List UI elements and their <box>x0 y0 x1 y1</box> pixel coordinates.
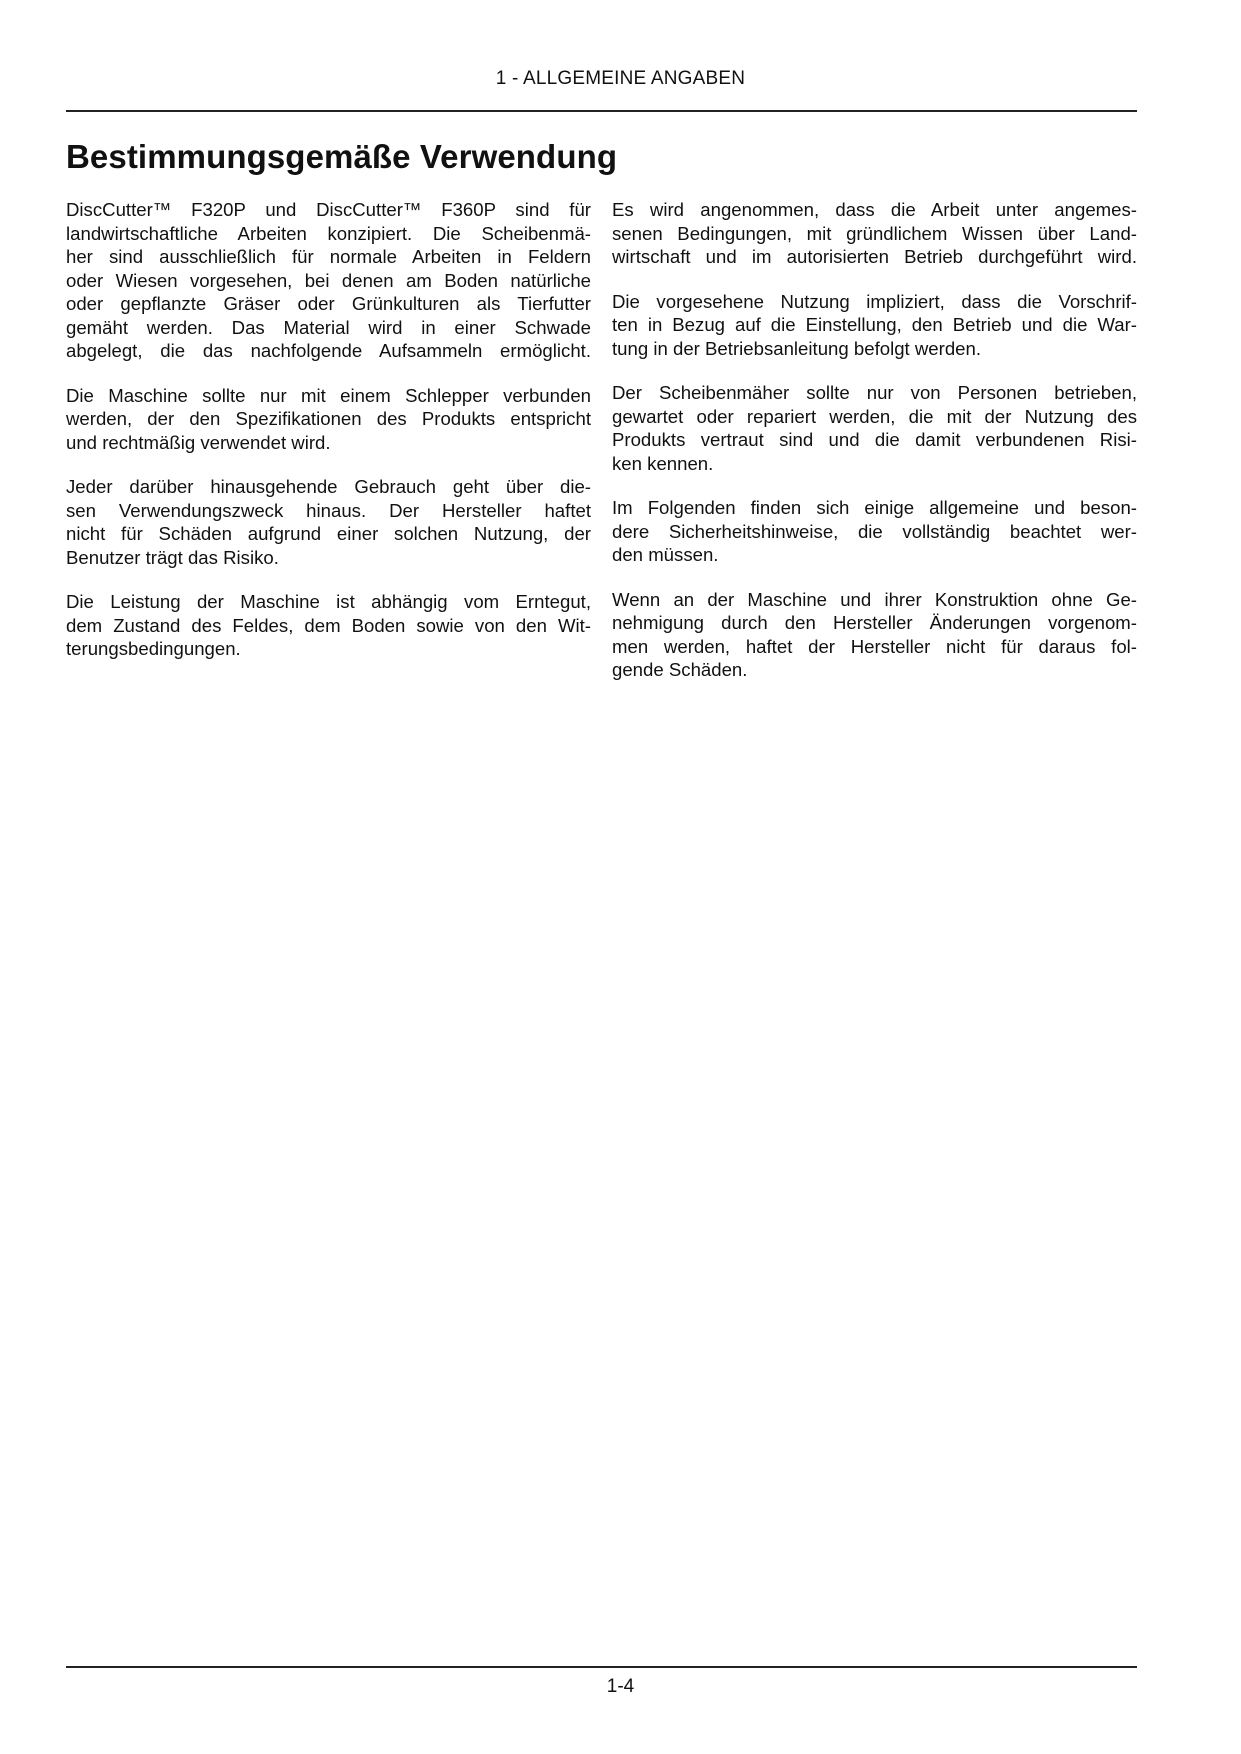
text-line: tung in der Betriebsanleitung befolgt we… <box>612 337 1137 361</box>
text-line: dere Sicherheitshinweise, die vollständi… <box>612 520 1137 544</box>
text-line: oder gepflanzte Gräser oder Grünkulturen… <box>66 292 591 316</box>
text-line: gewartet oder repariert werden, die mit … <box>612 405 1137 429</box>
text-line: Der Scheibenmäher sollte nur von Persone… <box>612 381 1137 405</box>
text-line: und rechtmäßig verwendet wird. <box>66 431 591 455</box>
text-line: den müssen. <box>612 543 1137 567</box>
paragraph: Die Leistung der Maschine ist abhängig v… <box>66 590 591 661</box>
right-column: Es wird angenommen, dass die Arbeit unte… <box>612 198 1137 703</box>
paragraph: Jeder darüber hinausgehende Gebrauch geh… <box>66 475 591 569</box>
text-line: Benutzer trägt das Risiko. <box>66 546 591 570</box>
text-line: Die vorgesehene Nutzung impliziert, dass… <box>612 290 1137 314</box>
page-title: Bestimmungsgemäße Verwendung <box>66 138 617 176</box>
text-line: oder Wiesen vorgesehen, bei denen am Bod… <box>66 269 591 293</box>
text-line: her sind ausschließlich für normale Arbe… <box>66 245 591 269</box>
text-line: dem Zustand des Feldes, dem Boden sowie … <box>66 614 591 638</box>
paragraph: Der Scheibenmäher sollte nur von Persone… <box>612 381 1137 475</box>
text-line: Im Folgenden finden sich einige allgemei… <box>612 496 1137 520</box>
text-line: sen Verwendungszweck hinaus. Der Herstel… <box>66 499 591 523</box>
text-line: gende Schäden. <box>612 658 1137 682</box>
paragraph: DiscCutter™ F320P und DiscCutter™ F360P … <box>66 198 591 363</box>
footer-divider <box>66 1666 1137 1668</box>
text-line: ten in Bezug auf die Einstellung, den Be… <box>612 313 1137 337</box>
text-line: Die Leistung der Maschine ist abhängig v… <box>66 590 591 614</box>
page-header-title: 1 - ALLGEMEINE ANGABEN <box>0 68 1241 90</box>
text-line: Es wird angenommen, dass die Arbeit unte… <box>612 198 1137 222</box>
page-number: 1-4 <box>0 1676 1241 1698</box>
text-line: Produkts vertraut sind und die damit ver… <box>612 428 1137 452</box>
text-line: werden, der den Spezifikationen des Prod… <box>66 407 591 431</box>
text-line: men werden, haftet der Hersteller nicht … <box>612 635 1137 659</box>
text-line: Die Maschine sollte nur mit einem Schlep… <box>66 384 591 408</box>
text-line: Jeder darüber hinausgehende Gebrauch geh… <box>66 475 591 499</box>
left-column: DiscCutter™ F320P und DiscCutter™ F360P … <box>66 198 591 682</box>
text-line: gemäht werden. Das Material wird in eine… <box>66 316 591 340</box>
paragraph: Die vorgesehene Nutzung impliziert, dass… <box>612 290 1137 361</box>
paragraph: Die Maschine sollte nur mit einem Schlep… <box>66 384 591 455</box>
text-line: nicht für Schäden aufgrund einer solchen… <box>66 522 591 546</box>
paragraph: Es wird angenommen, dass die Arbeit unte… <box>612 198 1137 269</box>
text-line: wirtschaft und im autorisierten Betrieb … <box>612 245 1137 269</box>
text-line: DiscCutter™ F320P und DiscCutter™ F360P … <box>66 198 591 222</box>
paragraph: Wenn an der Maschine und ihrer Konstrukt… <box>612 588 1137 682</box>
text-line: landwirtschaftliche Arbeiten konzipiert.… <box>66 222 591 246</box>
text-line: nehmigung durch den Hersteller Änderunge… <box>612 611 1137 635</box>
text-line: terungsbedingungen. <box>66 637 591 661</box>
text-line: ken kennen. <box>612 452 1137 476</box>
header-divider <box>66 110 1137 112</box>
text-line: senen Bedingungen, mit gründlichem Wisse… <box>612 222 1137 246</box>
text-line: abgelegt, die das nachfolgende Aufsammel… <box>66 339 591 363</box>
text-line: Wenn an der Maschine und ihrer Konstrukt… <box>612 588 1137 612</box>
paragraph: Im Folgenden finden sich einige allgemei… <box>612 496 1137 567</box>
